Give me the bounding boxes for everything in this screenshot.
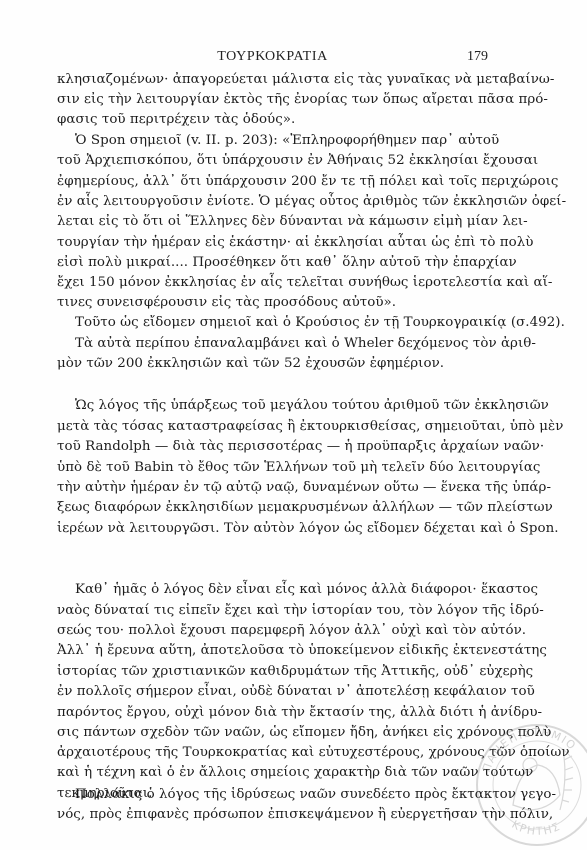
- text-line: τινες συνεισφέρουσιν εἰς τὰς προσόδους α…: [57, 293, 488, 313]
- text-line: μὸν τῶν 200 ἐκκλησιῶν καὶ τῶν 52 ἐχουσῶν…: [57, 354, 488, 374]
- text-line: τοῦ Ἀρχιεπισκόπου, ὅτι ὑπάρχουσιν ἐν Ἀθή…: [57, 151, 488, 171]
- text-line: Ὁ Spon σημειοῖ (v. II. p. 203): «Ἐπληροφ…: [75, 131, 488, 151]
- text-line: σις πάντων σχεδὸν τῶν ναῶν, ὡς εἴπομεν ἤ…: [57, 723, 488, 743]
- text-line: Καθ᾽ ἡμᾶς ὁ λόγος δὲν εἶναι εἷς καὶ μόνο…: [75, 580, 488, 600]
- scanned-book-page: ΤΟΥΡΚΟΚΡΑΤΙΑ 179 κλησιαζομένων· ἀπαγορεύ…: [0, 0, 587, 850]
- text-line: Ὡς λόγος τῆς ὑπάρξεως τοῦ μεγάλου τούτου…: [75, 396, 488, 416]
- text-line: ἐν πολλοῖς σήμερον εἶναι, οὐδὲ δύναται ν…: [57, 682, 488, 702]
- text-line: Ἀλλ᾽ ἡ ἔρευνα αὕτη, ἀποτελοῦσα τὸ ὑποκεί…: [57, 641, 488, 661]
- text-line: μετὰ τὰς τόσας καταστραφείσας ἢ ἐκτουρκι…: [57, 417, 488, 437]
- text-line: εἰσὶ πολὺ μικραί.... Προσέθηκεν ὅτι καθ᾽…: [57, 253, 488, 273]
- text-line: ἔχει 150 μόνον ἐκκλησίας ἐν αἷς τελεῖται…: [57, 273, 488, 293]
- text-line: τοῦ Randolph — διὰ τὰς περισσοτέρας — ἡ …: [57, 437, 488, 457]
- text-line: φασις τοῦ περιτρέχειν τὰς ὁδούς».: [57, 110, 488, 130]
- text-line: ἀρχαιοτέρους τῆς Τουρκοκρατίας καὶ εὐτυχ…: [57, 743, 488, 763]
- text-line: ἐν αἷς λειτουργοῦσιν ἐνίοτε. Ὁ μέγας οὗτ…: [57, 192, 488, 212]
- text-line: ἱστορίας τῶν χριστιανικῶν καθιδρυμάτων τ…: [57, 662, 488, 682]
- text-line: παρόντος ἔργου, οὐχὶ μόνον διὰ τὴν ἔκτασ…: [57, 703, 488, 723]
- text-line: σεώς του· πολλοὶ ἔχουσι παρεμφερῆ λόγον …: [57, 621, 488, 641]
- text-line: ὑπὸ δὲ τοῦ Babin τὸ ἔθος τῶν Ἑλλήνων τοῦ…: [57, 458, 488, 478]
- running-head: ΤΟΥΡΚΟΚΡΑΤΙΑ 179: [57, 49, 488, 69]
- text-line: λεται εἰς τὸ ὅτι οἱ Ἕλληνες δὲν δύνανται…: [57, 212, 488, 232]
- text-line: καὶ ἡ τέχνη καὶ ὁ ἐν ἄλλοις σημείοις χαρ…: [57, 763, 488, 783]
- text-line: σιν εἰς τὴν λειτουργίαν ἐκτὸς τῆς ἐνορία…: [57, 90, 488, 110]
- text-line: νός, πρὸς ἐπιφανὲς πρόσωπον ἐπισκεψάμενο…: [57, 805, 488, 825]
- text-line: τὴν αὐτὴν ἡμέραν ἐν τῷ αὐτῷ ναῷ, δυναμέν…: [57, 478, 488, 498]
- page-number: 179: [467, 49, 488, 65]
- text-line: ξεως διαφόρων ἐκκλησιδίων μεμακρυσμένων …: [57, 498, 488, 518]
- text-line: Τὰ αὐτὰ περίπου ἐπαναλαμβάνει καὶ ὁ Whel…: [75, 334, 488, 354]
- running-title: ΤΟΥΡΚΟΚΡΑΤΙΑ: [57, 49, 488, 65]
- text-line: κλησιαζομένων· ἀπαγορεύεται μάλιστα εἰς …: [57, 70, 488, 90]
- text-line: ἐφημερίους, ἀλλ᾽ ὅτι ὑπάρχουσιν 200 ἔν τ…: [57, 172, 488, 192]
- university-seal-stamp: ΠΑΝΕΠΙΣΤΗΜΙΟ ΚΡΗΤΗΣ: [468, 710, 587, 850]
- text-line: τουργίαν τὴν ἡμέραν εἰς ἑκάστην· αἱ ἐκκλ…: [57, 233, 488, 253]
- text-line: Πολλάκις ὁ λόγος τῆς ἱδρύσεως ναῶν συνεδ…: [75, 785, 488, 805]
- text-line: ἱερέων νὰ λειτουργῶσι. Τὸν αὐτὸν λόγον ὡ…: [57, 519, 488, 539]
- text-line: ναὸς δύναταί τις εἰπεῖν ἔχει καὶ τὴν ἱστ…: [57, 601, 488, 621]
- svg-text:ΚΡΗΤΗΣ: ΚΡΗΤΗΣ: [509, 818, 562, 838]
- seal-bottom-text: ΚΡΗΤΗΣ: [509, 818, 562, 838]
- text-line: Τοῦτο ὡς εἴδομεν σημειοῖ καὶ ὁ Κρούσιος …: [75, 313, 488, 333]
